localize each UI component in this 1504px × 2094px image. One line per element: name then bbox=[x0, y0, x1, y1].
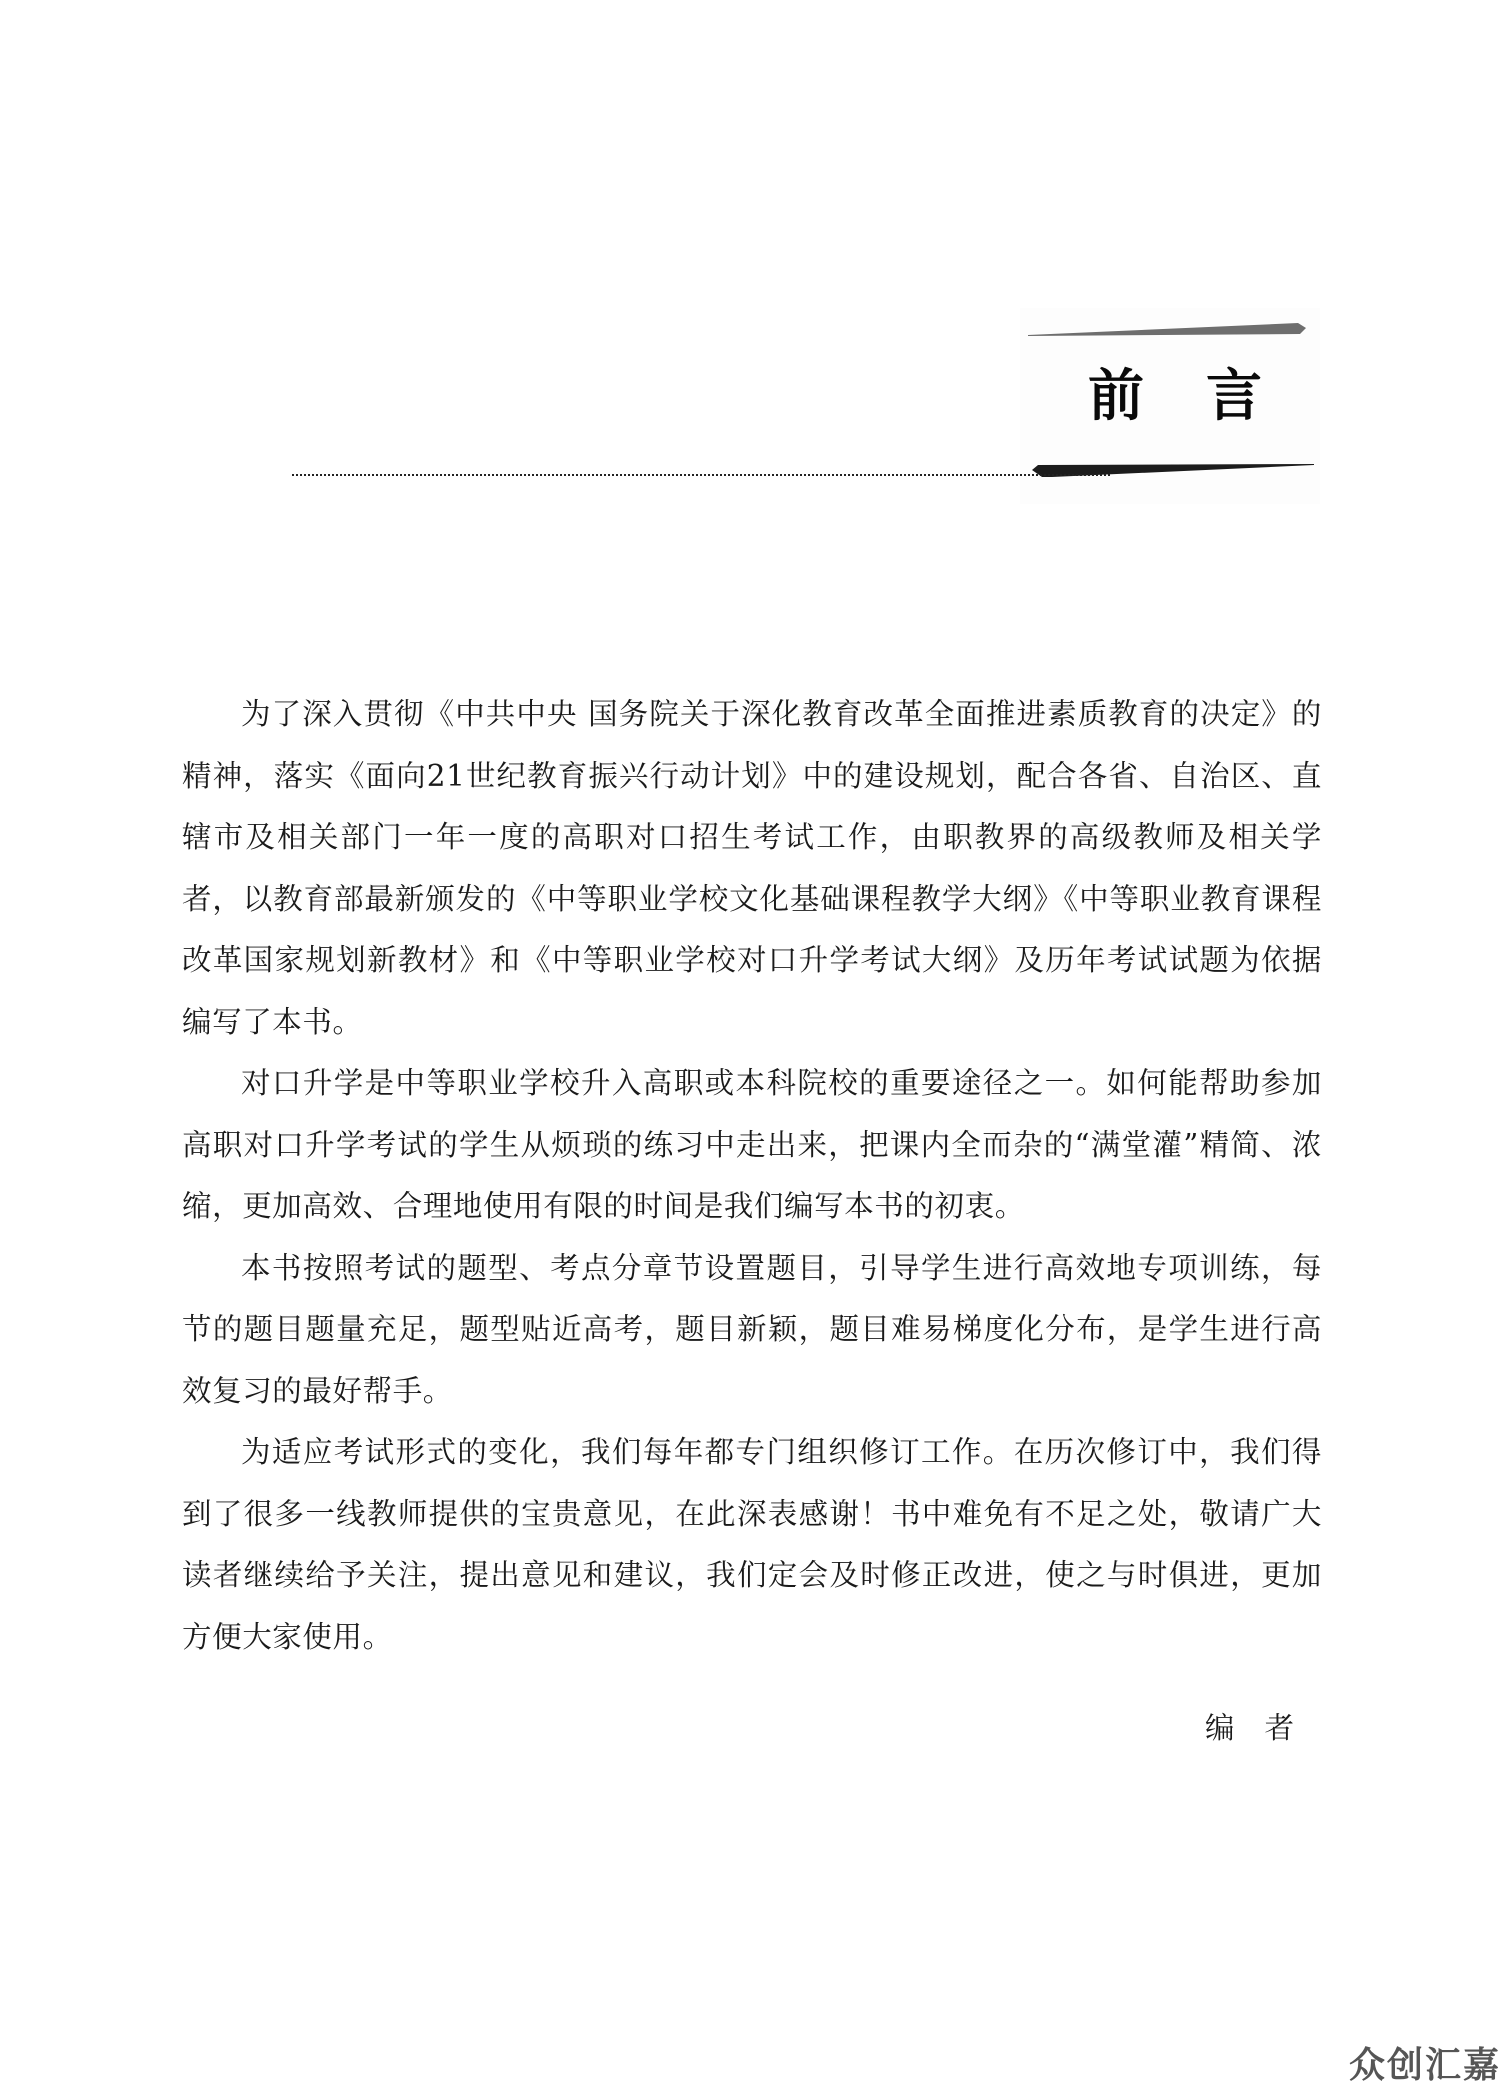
dotted-divider bbox=[292, 474, 1110, 476]
title-top-decoration bbox=[1028, 322, 1308, 338]
paragraph-4: 为适应考试形式的变化，我们每年都专门组织修订工作。在历次修订中，我们得到了很多一… bbox=[182, 1422, 1322, 1668]
paragraph-2: 对口升学是中等职业学校升入高职或本科院校的重要途径之一。如何能帮助参加高职对口升… bbox=[182, 1053, 1322, 1238]
author-signature: 编者 bbox=[1205, 1708, 1324, 1748]
paragraph-1: 为了深入贯彻《中共中央 国务院关于深化教育改革全面推进素质教育的决定》的精神，落… bbox=[182, 684, 1322, 1053]
paragraph-3: 本书按照考试的题型、考点分章节设置题目，引导学生进行高效地专项训练，每节的题目题… bbox=[182, 1238, 1322, 1423]
page-title: 前言 bbox=[1088, 365, 1324, 429]
preface-page: 前言 为了深入贯彻《中共中央 国务院关于深化教育改革全面推进素质教育的决定》的精… bbox=[0, 0, 1504, 2094]
title-bottom-decoration bbox=[1032, 463, 1314, 479]
watermark-logo: 众创汇嘉 bbox=[1349, 2044, 1501, 2088]
preface-body: 为了深入贯彻《中共中央 国务院关于深化教育改革全面推进素质教育的决定》的精神，落… bbox=[182, 684, 1322, 1668]
